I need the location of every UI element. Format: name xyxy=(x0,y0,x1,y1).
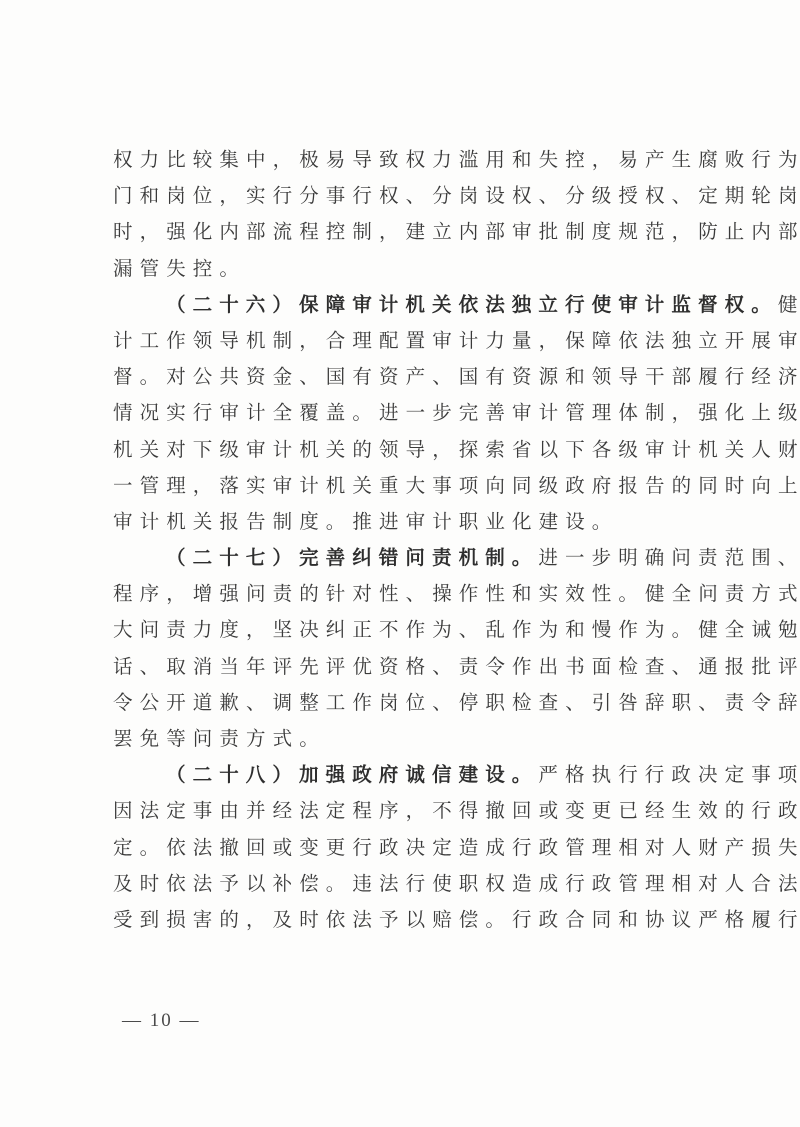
text-line: 罢免等问责方式。 xyxy=(113,721,713,757)
paragraph-first-line: （二十八）加强政府诚信建设。严格执行行政决定事项，非 xyxy=(113,757,713,793)
document-body: 权力比较集中，极易导致权力滥用和失控，易产生腐败行为的部 门和岗位，实行分事行权… xyxy=(113,142,713,938)
text-line: 程序，增强问责的针对性、操作性和实效性。健全问责方式，加 xyxy=(113,576,713,612)
text-line: 门和岗位，实行分事行权、分岗设权、分级授权、定期轮岗，同 xyxy=(113,178,713,214)
paragraph-28: （二十八）加强政府诚信建设。严格执行行政决定事项，非 因法定事由并经法定程序，不… xyxy=(113,757,713,938)
text-line: 权力比较集中，极易导致权力滥用和失控，易产生腐败行为的部 xyxy=(113,142,713,178)
text-line: 大问责力度，坚决纠正不作为、乱作为和慢作为。健全诫勉谈 xyxy=(113,612,713,648)
text-line: 及时依法予以补偿。违法行使职权造成行政管理相对人合法权益 xyxy=(113,866,713,902)
text-line: 督。对公共资金、国有资产、国有资源和领导干部履行经济责任 xyxy=(113,359,713,395)
section-heading: （二十七）完善纠错问责机制。 xyxy=(166,546,538,569)
section-heading: （二十八）加强政府诚信建设。 xyxy=(166,763,538,786)
text-line: 审计机关报告制度。推进审计职业化建设。 xyxy=(113,504,713,540)
text-line: 漏管失控。 xyxy=(113,251,713,287)
text-span: 进一步明确问责范围、问责 xyxy=(538,546,800,569)
paragraph-continuation: 权力比较集中，极易导致权力滥用和失控，易产生腐败行为的部 门和岗位，实行分事行权… xyxy=(113,142,713,287)
text-line: 一管理，落实审计机关重大事项向同级政府报告的同时向上一级 xyxy=(113,468,713,504)
paragraph-first-line: （二十六）保障审计机关依法独立行使审计监督权。健全审 xyxy=(113,287,713,323)
text-line: 定。依法撤回或变更行政决定造成行政管理相对人财产损失的， xyxy=(113,830,713,866)
section-heading: （二十六）保障审计机关依法独立行使审计监督权。 xyxy=(166,293,778,316)
text-line: 受到损害的，及时依法予以赔偿。行政合同和协议严格履行，承 xyxy=(113,902,713,938)
text-line: 令公开道歉、调整工作岗位、停职检查、引咎辞职、责令辞职、 xyxy=(113,685,713,721)
page-number: — 10 — xyxy=(122,1010,201,1032)
paragraph-26: （二十六）保障审计机关依法独立行使审计监督权。健全审 计工作领导机制，合理配置审… xyxy=(113,287,713,540)
text-line: 情况实行审计全覆盖。进一步完善审计管理体制，强化上级审计 xyxy=(113,395,713,431)
text-span: 严格执行行政决定事项，非 xyxy=(538,763,800,786)
text-line: 话、取消当年评先评优资格、责令作出书面检查、通报批评、责 xyxy=(113,649,713,685)
text-line: 机关对下级审计机关的领导，探索省以下各级审计机关人财物统 xyxy=(113,432,713,468)
text-span: 健全审 xyxy=(778,293,800,316)
paragraph-first-line: （二十七）完善纠错问责机制。进一步明确问责范围、问责 xyxy=(113,540,713,576)
text-line: 因法定事由并经法定程序，不得撤回或变更已经生效的行政决 xyxy=(113,793,713,829)
text-line: 时，强化内部流程控制，建立内部审批制度规范，防止内部审批 xyxy=(113,214,713,250)
paragraph-27: （二十七）完善纠错问责机制。进一步明确问责范围、问责 程序，增强问责的针对性、操… xyxy=(113,540,713,757)
text-line: 计工作领导机制，合理配置审计力量，保障依法独立开展审计监 xyxy=(113,323,713,359)
